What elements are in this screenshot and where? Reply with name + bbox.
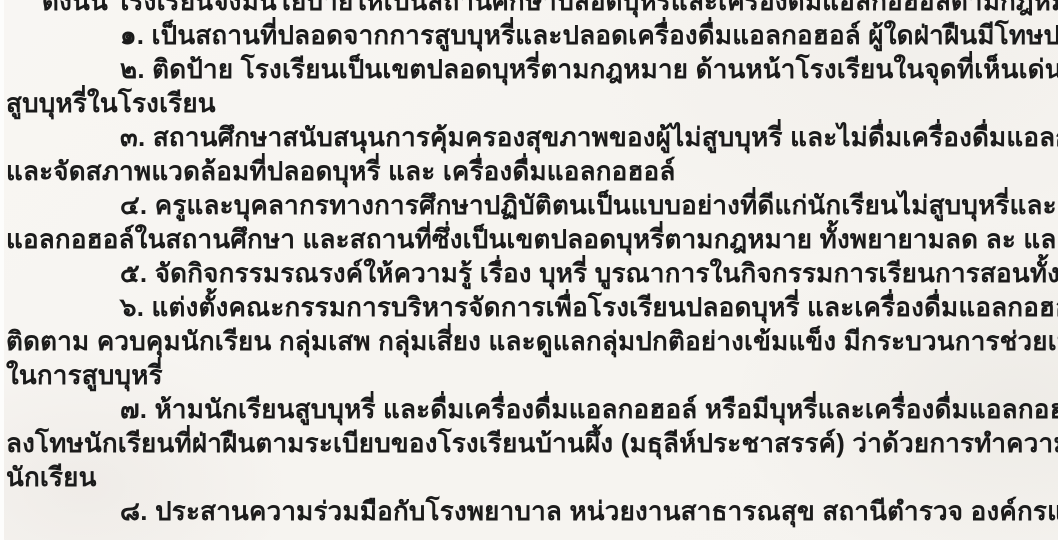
text-line: นักเรียน <box>0 460 1058 494</box>
text-line: และจัดสภาพแวดล้อมที่ปลอดบุหรี่ และ เครื่… <box>0 154 1058 188</box>
text-line: สูบบุหรี่ในโรงเรียน <box>0 86 1058 120</box>
text-line: ติดตาม ควบคุมนักเรียน กลุ่มเสพ กลุ่มเสี่… <box>0 324 1058 358</box>
text-line: ในการสูบบุหรี่ <box>0 358 1058 392</box>
text-line: ดังนั้น โรงเรียนจึงมีนโยบายให้เป็นสถานศึ… <box>0 0 1058 18</box>
text-line: ๓. สถานศึกษาสนับสนุนการคุ้มครองสุขภาพของ… <box>0 120 1058 154</box>
document-page: ดังนั้น โรงเรียนจึงมีนโยบายให้เป็นสถานศึ… <box>0 0 1058 540</box>
text-line: ๑. เป็นสถานที่ปลอดจากการสูบบุหรี่และปลอด… <box>0 18 1058 52</box>
text-line: ๘. ประสานความร่วมมือกับโรงพยาบาล หน่วยงา… <box>0 494 1058 528</box>
document-text-block: ดังนั้น โรงเรียนจึงมีนโยบายให้เป็นสถานศึ… <box>0 0 1058 528</box>
text-line: ๒. ติดป้าย โรงเรียนเป็นเขตปลอดบุหรี่ตามก… <box>0 52 1058 86</box>
text-line: ๖. แต่งตั้งคณะกรรมการบริหารจัดการเพื่อโร… <box>0 290 1058 324</box>
text-line: ๗. ห้ามนักเรียนสูบบุหรี่ และดื่มเครื่องด… <box>0 392 1058 426</box>
text-line: ลงโทษนักเรียนที่ฝ่าฝืนตามระเบียบของโรงเร… <box>0 426 1058 460</box>
text-line: ๔. ครูและบุคลากรทางการศึกษาปฏิบัติตนเป็น… <box>0 188 1058 222</box>
text-line: แอลกอฮอล์ในสถานศึกษา และสถานที่ซึ่งเป็นเ… <box>0 222 1058 256</box>
text-line: ๕. จัดกิจกรรมรณรงค์ให้ความรู้ เรื่อง บุห… <box>0 256 1058 290</box>
